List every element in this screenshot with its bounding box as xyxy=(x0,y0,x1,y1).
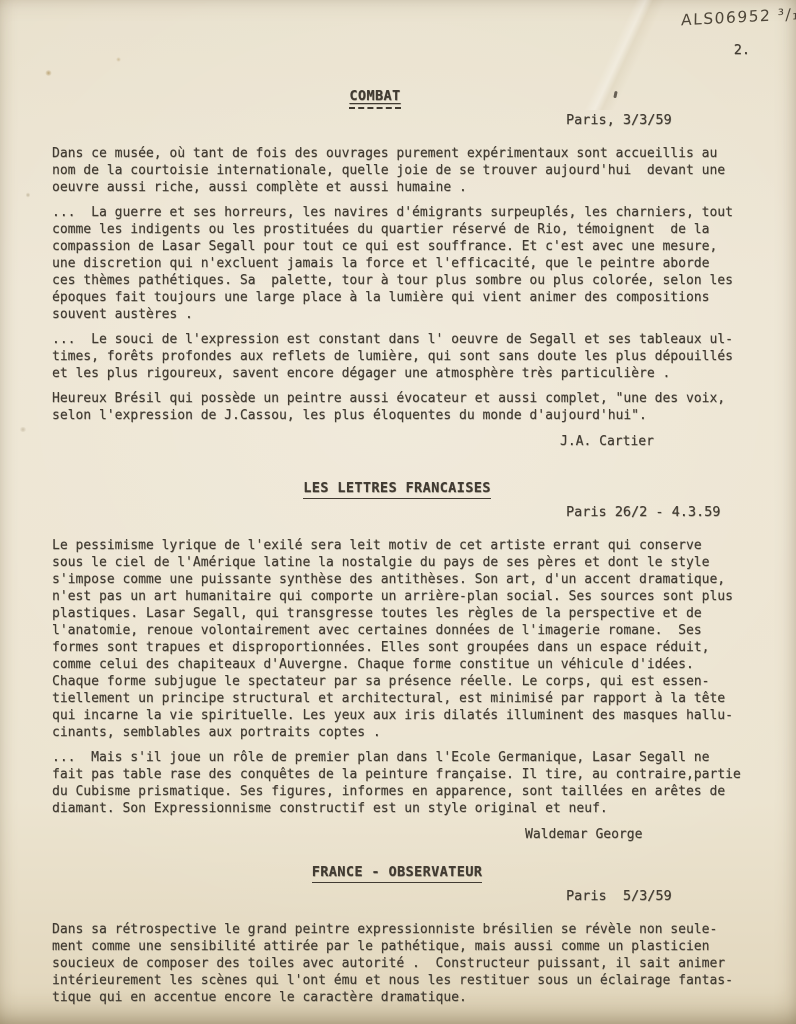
paper-stain xyxy=(19,427,27,432)
paragraph: Le pessimisme lyrique de l'exilé sera le… xyxy=(52,537,768,741)
section-heading: LES LETTRES FRANCAISES xyxy=(52,480,742,497)
section-title: LES LETTRES FRANCAISES xyxy=(303,480,491,499)
section-heading: FRANCE - OBSERVATEUR xyxy=(52,864,742,881)
section-combat: COMBAT Paris, 3/3/59 Dans ce musée, où t… xyxy=(52,88,768,450)
paper-stain xyxy=(45,70,52,76)
paper-stain xyxy=(26,192,30,198)
signature: Waldemar George xyxy=(525,826,768,843)
paragraph: Dans sa rétrospective le grand peintre e… xyxy=(52,921,768,1006)
paragraph: ... La guerre et ses horreurs, les navir… xyxy=(52,204,768,323)
signature: J.A. Cartier xyxy=(560,433,768,450)
paragraph: ... Mais s'il joue un rôle de premier pl… xyxy=(52,749,768,817)
section-title: COMBAT xyxy=(349,88,400,109)
section-france-observateur: FRANCE - OBSERVATEUR Paris 5/3/59 Dans s… xyxy=(52,864,768,1006)
section-title: FRANCE - OBSERVATEUR xyxy=(312,864,483,883)
dateline: Paris, 3/3/59 xyxy=(566,112,768,129)
section-heading: COMBAT xyxy=(52,88,698,105)
section-les-lettres-francaises: LES LETTRES FRANCAISES Paris 26/2 - 4.3.… xyxy=(52,480,768,843)
dateline: Paris 26/2 - 4.3.59 xyxy=(566,504,768,521)
paragraph: Heureux Brésil qui possède un peintre au… xyxy=(52,390,768,424)
scanned-document-page: ALS06952 ³/₁₀ 2. COMBAT Paris, 3/3/59 Da… xyxy=(0,0,796,1024)
document-content: COMBAT Paris, 3/3/59 Dans ce musée, où t… xyxy=(52,0,768,1006)
dateline: Paris 5/3/59 xyxy=(566,888,768,905)
paragraph: Dans ce musée, où tant de fois des ouvra… xyxy=(52,145,768,196)
paragraph: ... Le souci de l'expression est constan… xyxy=(52,331,768,382)
